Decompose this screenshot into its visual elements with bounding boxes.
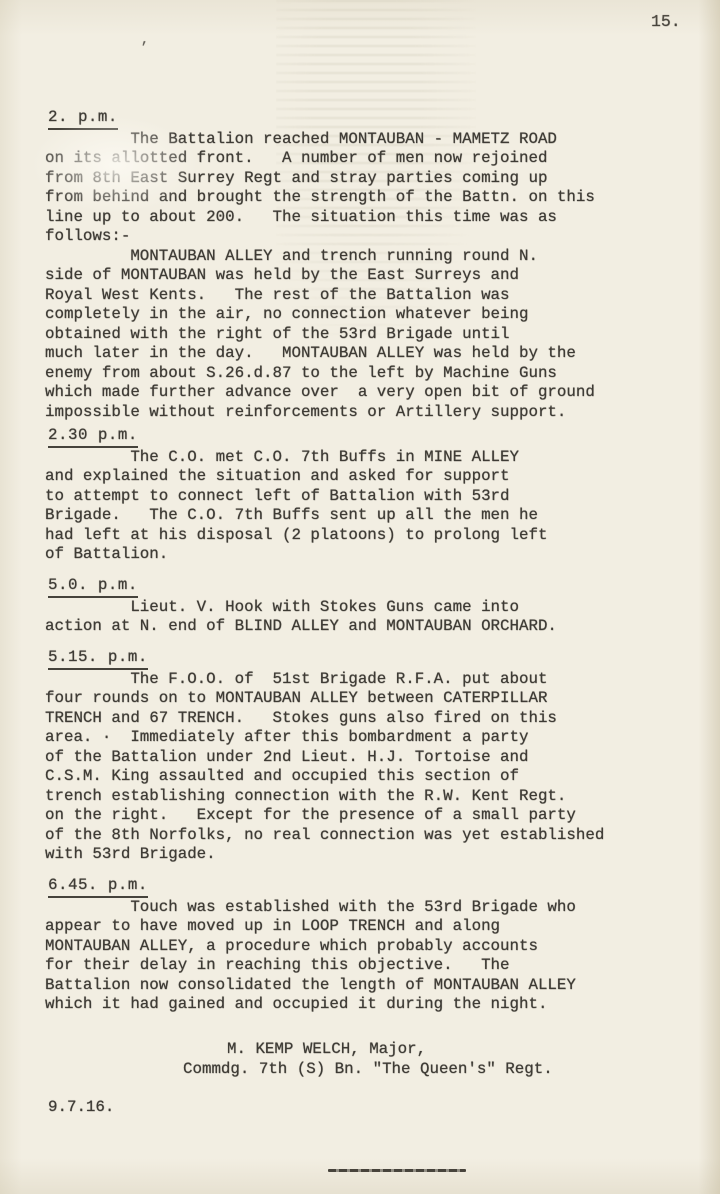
end-rule (328, 1169, 466, 1172)
page-number: 15. (651, 12, 681, 32)
text-line: obtained with the right of the 53rd Brig… (45, 325, 720, 345)
text-line: impossible without reinforcements or Art… (45, 403, 720, 423)
text-line: four rounds on to MONTAUBAN ALLEY betwee… (45, 689, 720, 709)
text-line: side of MONTAUBAN was held by the East S… (45, 266, 720, 286)
text-line: and explained the situation and asked fo… (45, 467, 720, 487)
text-line: of the 8th Norfolks, no real connection … (45, 826, 720, 846)
text-line: on its allotted front. A number of men n… (45, 149, 720, 169)
text-line: action at N. end of BLIND ALLEY and MONT… (45, 617, 720, 637)
text-line: completely in the air, no connection wha… (45, 305, 720, 325)
text-line: on the right. Except for the presence of… (45, 806, 720, 826)
text-line: Royal West Kents. The rest of the Battal… (45, 286, 720, 306)
text-line: trench establishing connection with the … (45, 787, 720, 807)
diary-section: 5.15. p.m. The F.O.O. of 51st Brigade R.… (45, 648, 720, 865)
text-line: MONTAUBAN ALLEY, a procedure which proba… (45, 937, 720, 957)
signature-name: M. KEMP WELCH, Major, (227, 1040, 720, 1060)
text-line: of Battalion. (45, 545, 720, 565)
time-heading: 2.30 p.m. (48, 426, 138, 448)
text-line: of the Battalion under 2nd Lieut. H.J. T… (45, 748, 720, 768)
diary-section: 2. p.m. The Battalion reached MONTAUBAN … (45, 108, 720, 422)
text-line: Brigade. The C.O. 7th Buffs sent up all … (45, 506, 720, 526)
text-line: with 53rd Brigade. (45, 845, 720, 865)
entry-date: 9.7.16. (48, 1098, 114, 1118)
text-line: C.S.M. King assaulted and occupied this … (45, 767, 720, 787)
text-line: The Battalion reached MONTAUBAN - MAMETZ… (45, 130, 720, 150)
text-line: which made further advance over a very o… (45, 383, 720, 403)
text-line: Lieut. V. Hook with Stokes Guns came int… (45, 598, 720, 618)
text-line: which it had gained and occupied it duri… (45, 995, 720, 1015)
text-line: enemy from about S.26.d.87 to the left b… (45, 364, 720, 384)
text-line: TRENCH and 67 TRENCH. Stokes guns also f… (45, 709, 720, 729)
text-line: from 8th East Surrey Regt and stray part… (45, 169, 720, 189)
text-line: The F.O.O. of 51st Brigade R.F.A. put ab… (45, 670, 720, 690)
time-heading: 5.15. p.m. (48, 648, 148, 670)
time-heading: 2. p.m. (48, 108, 118, 130)
text-line: appear to have moved up in LOOP TRENCH a… (45, 917, 720, 937)
text-line: much later in the day. MONTAUBAN ALLEY w… (45, 344, 720, 364)
text-line: had left at his disposal (2 platoons) to… (45, 526, 720, 546)
text-line: Touch was established with the 53rd Brig… (45, 898, 720, 918)
text-line: MONTAUBAN ALLEY and trench running round… (45, 247, 720, 267)
text-line: line up to about 200. The situation this… (45, 208, 720, 228)
time-heading: 5.0. p.m. (48, 576, 138, 598)
time-heading: 6.45. p.m. (48, 876, 148, 898)
diary-section: 5.0. p.m. Lieut. V. Hook with Stokes Gun… (45, 576, 720, 637)
text-line: to attempt to connect left of Battalion … (45, 487, 720, 507)
signature-title: Commdg. 7th (S) Bn. "The Queen's" Regt. (183, 1060, 720, 1080)
text-line: The C.O. met C.O. 7th Buffs in MINE ALLE… (45, 448, 720, 468)
scanned-diary-page: 15. , 2. p.m. The Battalion reached MONT… (0, 0, 720, 1194)
signature-block: M. KEMP WELCH, Major, Commdg. 7th (S) Bn… (0, 1040, 720, 1079)
diary-section: 6.45. p.m. Touch was established with th… (45, 876, 720, 1015)
text-line: from behind and brought the strength of … (45, 188, 720, 208)
text-line: area. · Immediately after this bombardme… (45, 728, 720, 748)
text-line: for their delay in reaching this objecti… (45, 956, 720, 976)
diary-section: 2.30 p.m. The C.O. met C.O. 7th Buffs in… (45, 426, 720, 565)
text-line: Battalion now consolidated the length of… (45, 976, 720, 996)
stray-ink-mark: , (141, 30, 149, 50)
text-line: follows:- (45, 227, 720, 247)
